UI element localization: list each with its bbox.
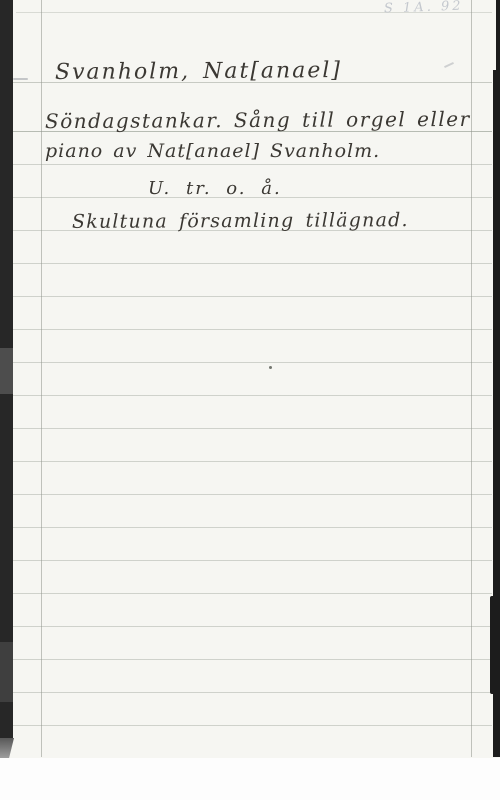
scan-edge-left [0,0,13,738]
dedication-note: Skultuna församling tillägnad. [72,209,409,233]
title-line-2: piano av Nat[anael] Svanholm. [45,140,380,162]
ink-speck [269,366,272,369]
shelfmark-annotation: S 1A. 92 [384,0,464,16]
right-margin-line [471,0,472,757]
card-paper: S 1A. 92 Svanholm, Nat[anael] Söndagstan… [0,0,500,758]
scan-background-bottom [0,758,500,800]
pencil-tick [13,78,28,80]
scanned-catalog-card: S 1A. 92 Svanholm, Nat[anael] Söndagstan… [0,0,500,800]
scan-edge-right [493,0,500,757]
title-line-1: Söndagstankar. Sång till orgel eller [45,107,471,133]
left-margin-line [41,0,42,757]
imprint-note: U. tr. o. å. [148,178,282,199]
author-heading: Svanholm, Nat[anael] [55,58,342,85]
pencil-smudge [444,62,454,68]
